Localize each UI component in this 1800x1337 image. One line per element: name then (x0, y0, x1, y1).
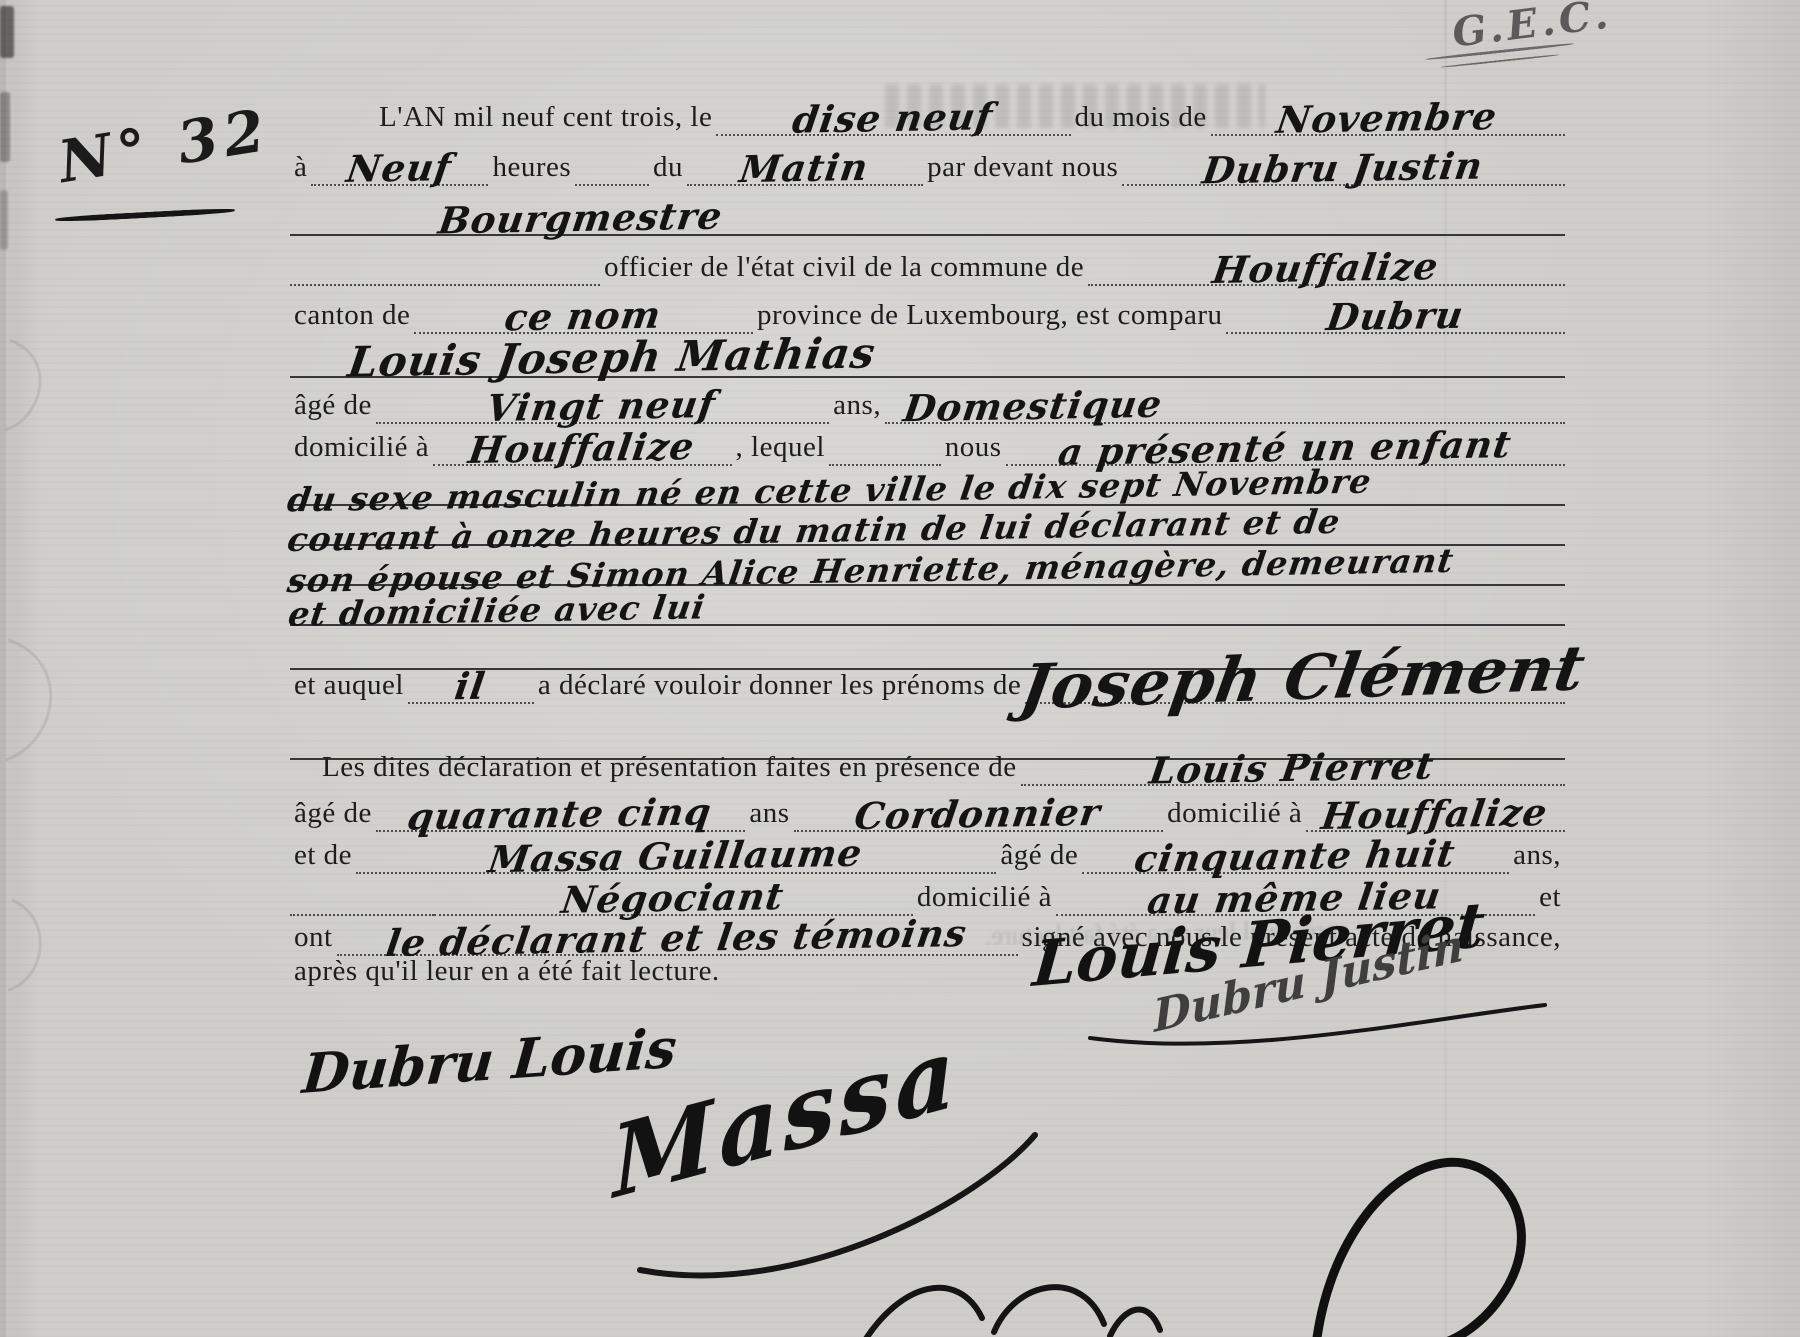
margin-ghost-marks (0, 0, 1800, 1337)
birth-certificate-scan: G.E.C. N° 32 L'AN mil neuf cent trois, l… (0, 0, 1800, 1337)
